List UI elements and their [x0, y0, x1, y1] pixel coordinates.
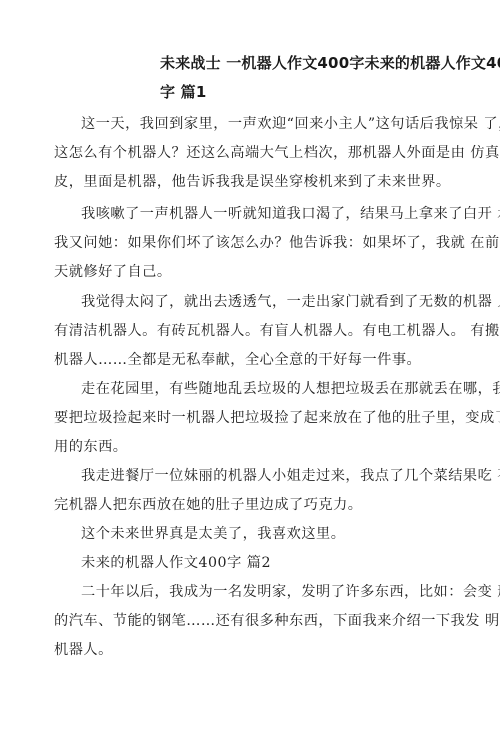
paragraph-4-line-3: 用的东西。 [54, 436, 127, 456]
document-title-line-2: 字 篇1 [160, 81, 206, 102]
paragraph-4-line-1: 走在花园里，有些随地乱丢垃圾的人想把垃圾丢在那就丢在哪，我刚 [81, 378, 500, 398]
paragraph-8-line-3: 机器人。 [54, 639, 113, 659]
paragraph-4-line-2: 要把垃圾捡起来时一机器人把垃圾捡了起来放在了他的肚子里，变成了有 [54, 407, 500, 427]
paragraph-2-line-3: 天就修好了自己。 [54, 261, 172, 281]
paragraph-2-line-2: 我又问她：如果你们坏了该怎么办？他告诉我：如果坏了，我就 在前几 [54, 232, 500, 252]
paragraph-3-line-1: 我觉得太闷了，就出去透透气，一走出家门就看到了无数的机器 人， [81, 291, 500, 311]
paragraph-3-line-3: 机器人……全都是无私奉献，全心全意的干好每一件事。 [54, 349, 421, 369]
paragraph-8-line-2: 的汽车、节能的钢笔……还有很多种东西，下面我来介绍一下我发 明的 [54, 610, 500, 630]
document-title-line-1: 未来战士 一机器人作文400字未来的机器人作文400 [160, 52, 500, 73]
paragraph-5-line-2: 完机器人把东西放在她的肚子里边成了巧克力。 [54, 494, 362, 514]
paragraph-1-line-2: 这怎么有个机器人？还这么高端大气上档次，那机器人外面是由 仿真人 [54, 142, 500, 162]
paragraph-3-line-2: 有清洁机器人。有砖瓦机器人。有盲人机器人。有电工机器人。 有搬运 [54, 320, 500, 340]
paragraph-1-line-3: 皮，里面是机器，他告诉我我是误坐穿梭机来到了未来世界。 [54, 171, 451, 191]
paragraph-6-line-1: 这个未来世界真是太美了，我喜欢这里。 [81, 523, 345, 543]
document-page: 未来战士 一机器人作文400字未来的机器人作文400 字 篇1 这一天，我回到家… [0, 0, 500, 732]
paragraph-8-line-1: 二十年以后，我成为一名发明家，发明了许多东西，比如：会变 形 [81, 581, 500, 601]
paragraph-5-line-1: 我走进餐厅一位妹丽的机器人小姐走过来，我点了几个菜结果吃 不 [81, 465, 500, 485]
paragraph-2-line-1: 我咳嗽了一声机器人一听就知道我口渴了，结果马上拿来了白开 水， [81, 203, 500, 223]
paragraph-1-line-1: 这一天，我回到家里，一声欢迎“回来小主人”这句话后我惊呆 了， [81, 113, 500, 133]
section-2-heading: 未来的机器人作文400字 篇2 [81, 552, 271, 572]
